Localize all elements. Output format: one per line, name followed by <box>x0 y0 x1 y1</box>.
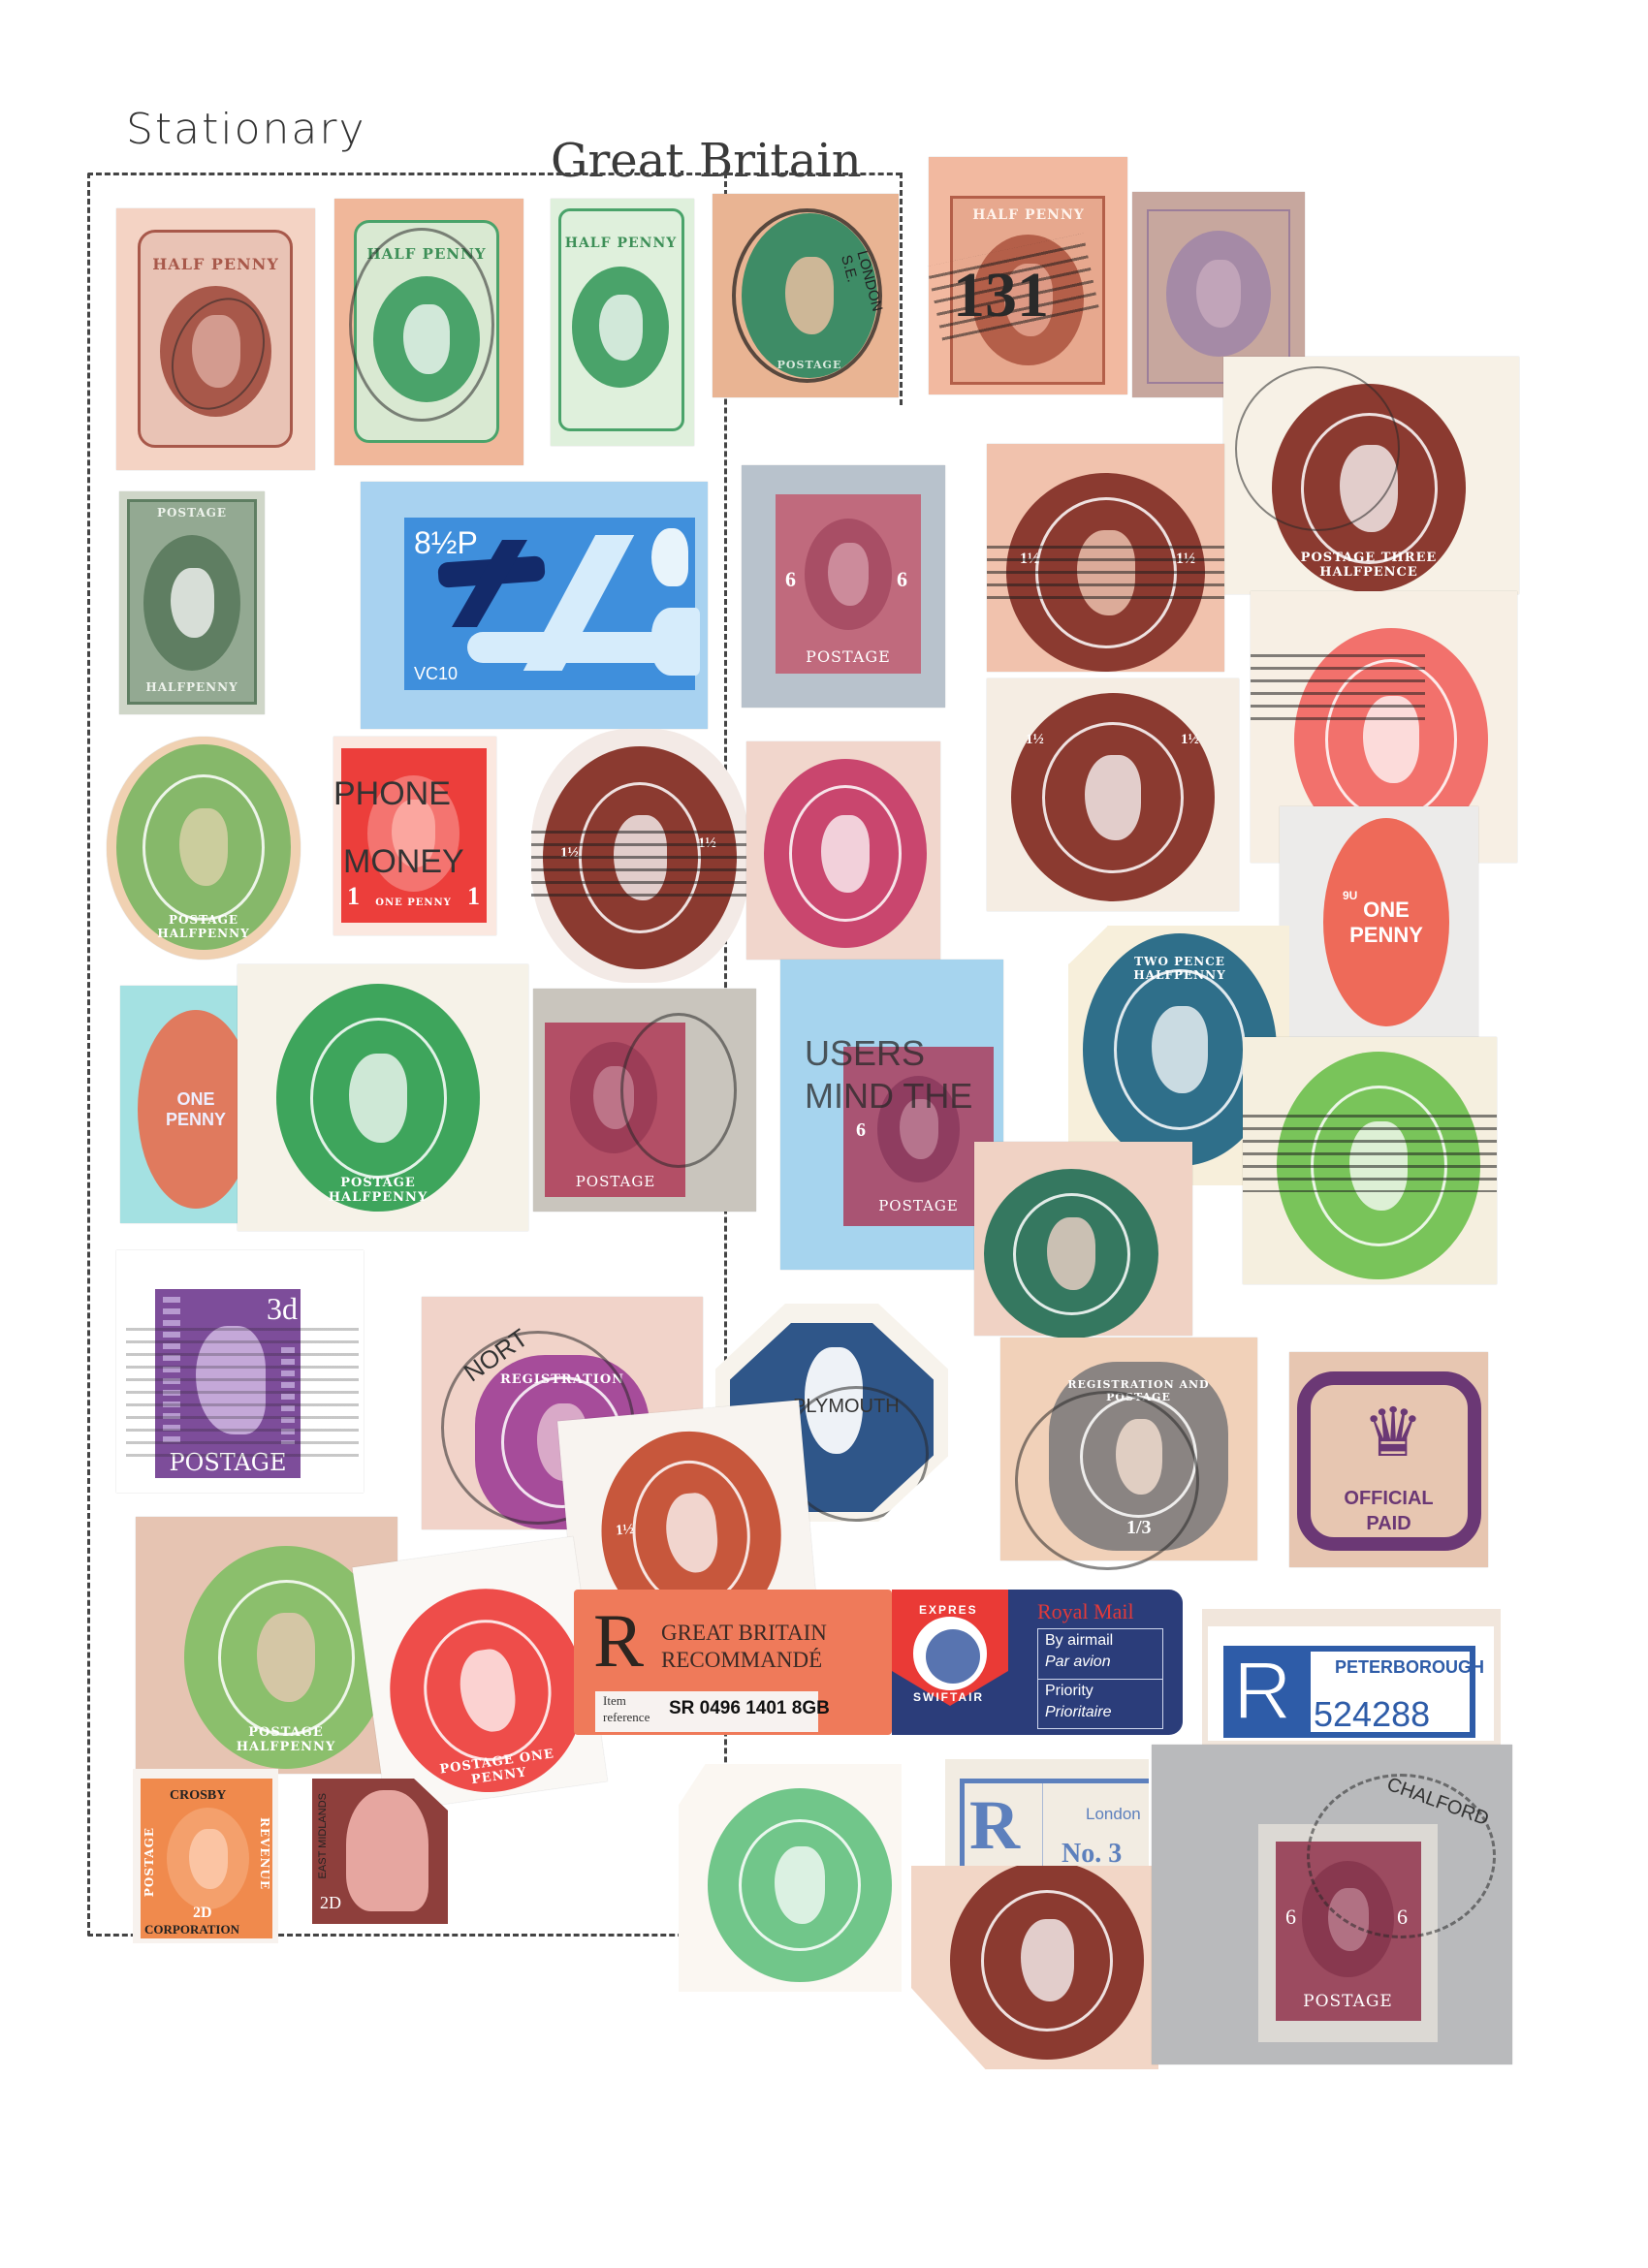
stamp-kgv-three-halfpence-brown-3: 1½ 1½ <box>987 678 1239 911</box>
stamp-value: 1½ <box>1026 732 1044 748</box>
stamp-legend: POSTAGE <box>780 647 916 666</box>
reg-line2: RECOMMANDÉ <box>661 1648 822 1673</box>
stamp-caption: VC10 <box>414 664 458 684</box>
airmail-line3: Priority <box>1045 1683 1093 1700</box>
slogan-cancel: MONEY <box>343 843 464 881</box>
stamp-value: 6 <box>785 567 796 592</box>
stamp-qe2-3d-purple: 3d POSTAGE <box>116 1250 364 1493</box>
stamp-victoria-halfpenny-green-2: HALF PENNY <box>551 199 694 446</box>
stamp-value: 6 <box>897 567 907 592</box>
stamp-kgvi-three-halfpence-brown-5 <box>911 1866 1158 2069</box>
postmark-number: 131 <box>953 259 1049 332</box>
stamp-legend: HALF PENNY <box>560 236 681 251</box>
stamp-legend: POSTAGE <box>1278 1992 1418 2011</box>
registered-label-gb: R GREAT BRITAIN RECOMMANDÉ Item referenc… <box>574 1590 892 1735</box>
stamp-victoria-halfpenny-131: HALF PENNY 131 <box>929 157 1127 394</box>
swiftair-top: EXPRES <box>919 1603 978 1617</box>
reg-number: No. 3 <box>1062 1839 1122 1870</box>
stamp-legend: REVENUE <box>254 1817 271 1890</box>
stamp-value: 2D <box>320 1893 341 1913</box>
stamp-value: 6 <box>856 1119 866 1142</box>
stamp-legend: HALF PENNY <box>145 255 286 273</box>
stamp-legend: ONE <box>166 1089 226 1110</box>
airmail-line1: By airmail <box>1045 1632 1113 1650</box>
airmail-line4: Prioritaire <box>1045 1704 1111 1721</box>
reg-number: 524288 <box>1314 1694 1430 1735</box>
registered-label-peterborough: R PETERBOROUGH 524288 <box>1202 1609 1501 1745</box>
stamp-mark: 9U <box>1343 889 1357 902</box>
stamp-value: 2D <box>193 1905 212 1922</box>
stamp-legend: PENNY <box>1349 923 1423 948</box>
stamp-kgvi-6d-users-mind: 6 POSTAGE USERS MIND THE <box>780 960 1003 1270</box>
overprint-east-midlands: EAST MIDLANDS <box>317 1793 329 1878</box>
queen-head-icon <box>651 528 688 586</box>
reg-office: PETERBOROUGH <box>1335 1657 1484 1678</box>
royal-mail-brand: Royal Mail <box>1037 1599 1134 1624</box>
stamp-victoria-halfpenny-green-1: HALF PENNY <box>334 199 523 465</box>
stamp-legend: POSTAGE <box>548 1173 683 1190</box>
slogan-cancel: PHONE <box>333 775 451 813</box>
reg-line1: GREAT BRITAIN <box>661 1621 827 1646</box>
stamp-value: 1½ <box>1181 732 1199 748</box>
stamp-legend: ONE PENNY <box>363 898 464 908</box>
overprint-bottom: CORPORATION <box>144 1922 239 1937</box>
stamp-value: 6 <box>1285 1905 1296 1930</box>
stamp-legend: POSTAGE <box>848 1197 989 1214</box>
stamp-kgvi-2d-crosby-overprint: CROSBY POSTAGE REVENUE 2D CORPORATION <box>133 1769 278 1943</box>
stamp-value: 8½P <box>414 525 478 561</box>
stamp-kgv-three-halfpence-brown-2: 1½ 1½ <box>531 729 749 983</box>
ref-label-2: reference <box>603 1710 650 1725</box>
stamp-kgvi-6d-chalford: 6 6 POSTAGE CHALFORD <box>1152 1745 1512 2064</box>
stamp-kgv-three-halfpence-brown-1: 1½ 1½ <box>987 444 1224 672</box>
overprint-top: CROSBY <box>170 1788 226 1804</box>
stamp-kgv-halfpenny-green-2: POSTAGE HALFPENNY <box>238 964 528 1231</box>
stamp-legend: POSTAGE <box>143 1827 162 1897</box>
stamp-kgvi-one-penny-red: POSTAGE ONE PENNY <box>352 1536 607 1812</box>
stamp-kgvi-three-halfpence-green <box>1243 1037 1497 1284</box>
stamp-legend: TWO PENCE HALFPENNY <box>1097 955 1262 982</box>
registered-label-london: R London No. 3 <box>945 1759 1149 1871</box>
airmail-line2: Par avion <box>1045 1654 1111 1671</box>
reg-letter: R <box>593 1597 644 1685</box>
frame-right-vertical <box>900 173 903 405</box>
stamp-value: 1½ <box>615 1522 634 1540</box>
stamp-legend: POSTAGE HALFPENNY <box>204 1725 368 1754</box>
stamp-value: 1 <box>467 882 480 911</box>
stamp-legend: PENNY <box>166 1110 226 1130</box>
stamp-official-paid: ♛ OFFICIAL PAID <box>1289 1352 1488 1567</box>
stamp-legend: OFFICIAL <box>1318 1488 1459 1510</box>
stamp-legend: ONE <box>1349 898 1423 923</box>
reg-office: London <box>1086 1805 1141 1824</box>
stamp-edward-halfpenny-green: POSTAGE HALFPENNY <box>119 491 265 714</box>
stamp-kgv-registration-magenta <box>746 741 940 960</box>
stamp-legend: PAID <box>1318 1513 1459 1535</box>
stamp-legend: POSTAGE HALFPENNY <box>131 913 276 940</box>
stamp-value: 1 <box>347 882 360 911</box>
stamp-legend: HALF PENNY <box>956 207 1101 223</box>
stamp-one-penny-oval-blue-paper: ONE PENNY <box>120 986 246 1223</box>
swiftair-bottom: SWIFTAIR <box>913 1690 984 1704</box>
stamp-kgvi-halfpenny-green-1: POSTAGE HALFPENNY <box>107 737 301 960</box>
stamp-kgvi-6d-claret-grey: POSTAGE <box>533 989 756 1212</box>
stamp-victoria-halfpenny-brown: HALF PENNY <box>116 208 315 470</box>
heading-stationary: Stationary <box>126 105 366 154</box>
stamp-kgvi-halfpenny-green-2: POSTAGE HALFPENNY <box>136 1517 397 1774</box>
stamp-kgv-one-penny-red: 1 1 ONE PENNY PHONE MONEY <box>333 737 496 935</box>
reg-letter: R <box>1233 1646 1292 1735</box>
stamp-vc10-airliner: 8½P VC10 <box>361 482 708 729</box>
stamp-victoria-london-se-green: POSTAGE LONDON S.E. <box>713 194 899 397</box>
globe-icon <box>913 1617 987 1690</box>
stamp-kgvi-halfpenny-green-3 <box>679 1764 902 1992</box>
stamp-kgvi-three-halfpence-brown-large: POSTAGE THREE HALFPENCE <box>1223 357 1519 594</box>
stamp-kgvi-two-pence-dark-green <box>974 1142 1192 1336</box>
stamp-legend: HALFPENNY <box>134 680 250 694</box>
frame-right-segment <box>727 173 902 175</box>
stamp-legend: POSTAGE HALFPENNY <box>296 1176 460 1205</box>
slogan-cancel: USERS MIND THE <box>805 1032 998 1118</box>
ref-label-1: Item <box>603 1693 626 1709</box>
stamp-one-penny-oval-red: ONE PENNY 9U <box>1280 806 1478 1039</box>
item-reference-value: SR 0496 1401 8GB <box>669 1698 830 1719</box>
stamp-qe2-registration-1-3-grey: REGISTRATION AND POSTAGE 1/3 <box>1000 1338 1257 1560</box>
crown-icon: ♛ <box>1349 1399 1437 1466</box>
stamp-legend: POSTAGE THREE HALFPENCE <box>1291 551 1446 580</box>
swiftair-label: EXPRES SWIFTAIR <box>892 1590 1008 1735</box>
reg-letter: R <box>969 1790 1020 1860</box>
royal-mail-airmail-label: Royal Mail By airmail Par avion Priority… <box>1008 1590 1183 1735</box>
stamp-kgvi-6d-claret: 6 6 POSTAGE <box>742 465 945 708</box>
stamp-legend: POSTAGE <box>134 506 250 520</box>
stamp-machin-2d-gas-board: EAST MIDLANDS 2D <box>312 1779 448 1924</box>
